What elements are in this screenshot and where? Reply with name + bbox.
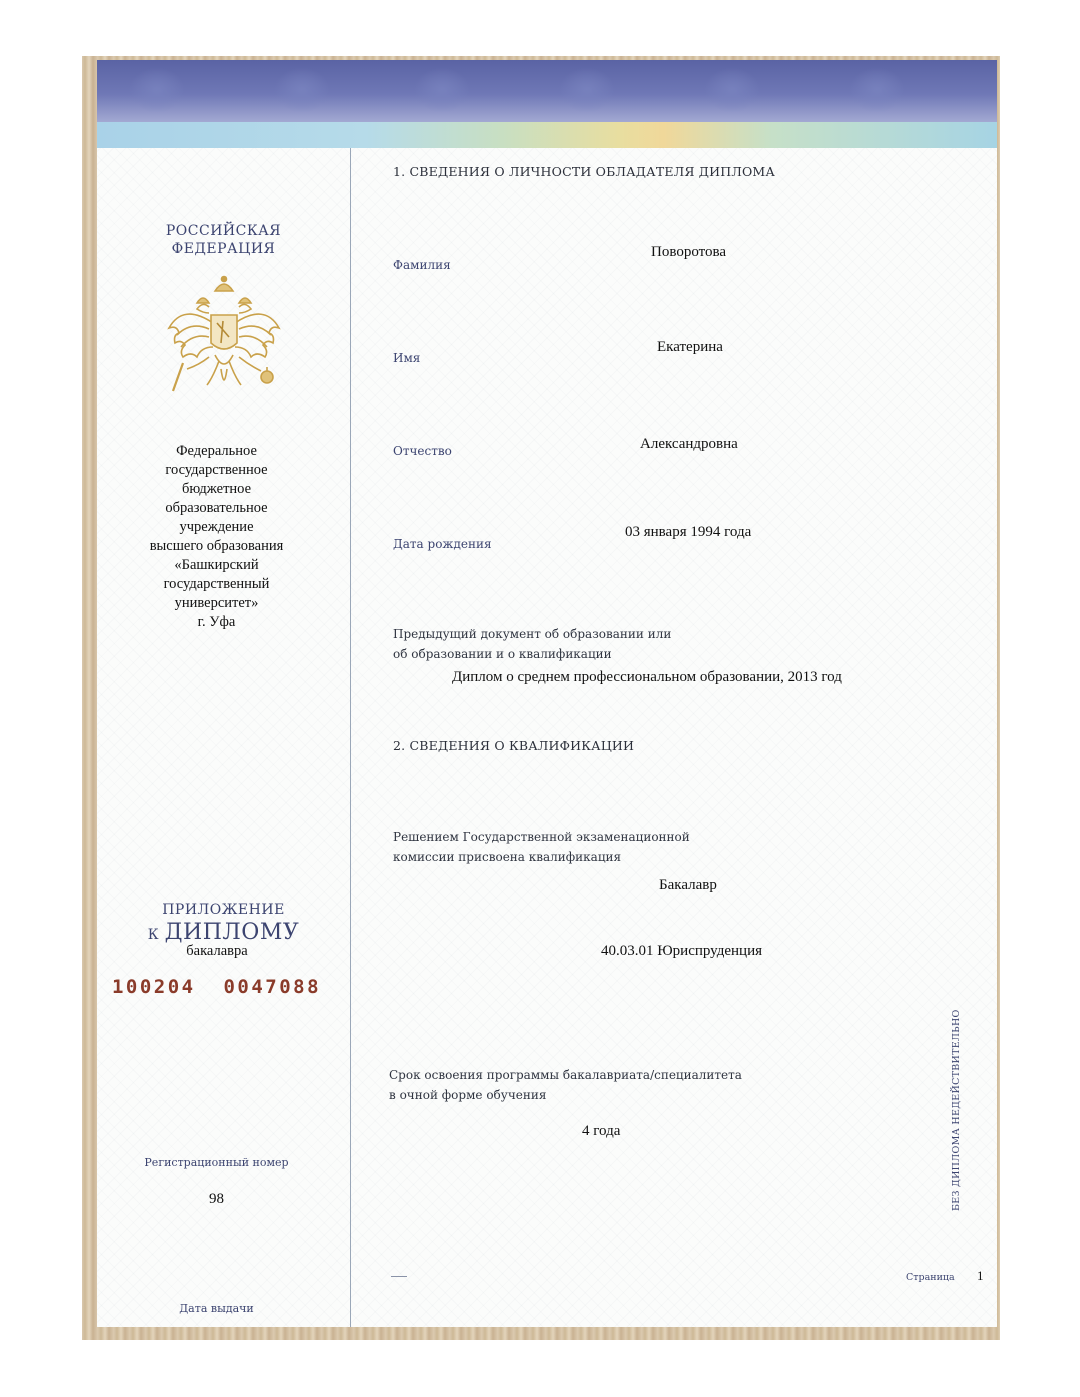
patronymic-value: Александровна xyxy=(640,436,738,453)
surname-label: Фамилия xyxy=(393,258,451,272)
previous-document-value: Диплом о среднем профессиональном образо… xyxy=(452,669,842,686)
page-number: 1 xyxy=(977,1268,984,1284)
validity-note: БЕЗ ДИПЛОМА НЕДЕЙСТВИТЕЛЬНО xyxy=(951,1009,962,1211)
org-line: государственный xyxy=(97,575,336,594)
birth-date-value: 03 января 1994 года xyxy=(625,524,751,541)
left-panel: РОССИЙСКАЯ ФЕДЕРАЦИЯ xyxy=(97,148,350,1327)
section-1-title: 1. СВЕДЕНИЯ О ЛИЧНОСТИ ОБЛАДАТЕЛЯ ДИПЛОМ… xyxy=(393,164,775,179)
organization-name: Федеральное государственное бюджетное об… xyxy=(97,442,336,632)
org-line: образовательное xyxy=(97,499,336,518)
duration-label-line-2: в очной форме обучения xyxy=(389,1088,546,1102)
country-title: РОССИЙСКАЯ ФЕДЕРАЦИЯ xyxy=(97,222,350,258)
surname-value: Поворотова xyxy=(651,244,726,261)
previous-document-label-line-2: об образовании и о квалификации xyxy=(393,647,612,661)
org-line: учреждение xyxy=(97,518,336,537)
qualification-label-line-2: комиссии присвоена квалификация xyxy=(393,850,621,864)
page-label: Страница xyxy=(906,1272,955,1283)
diploma-appendix-page: РОССИЙСКАЯ ФЕДЕРАЦИЯ xyxy=(97,60,997,1327)
qualification-value: Бакалавр xyxy=(659,877,717,894)
org-line: университет» xyxy=(97,594,336,613)
double-headed-eagle-emblem-icon xyxy=(163,273,285,413)
previous-document-label-line-1: Предыдущий документ об образовании или xyxy=(393,627,671,641)
patronymic-label: Отчество xyxy=(393,444,452,458)
footer-dash xyxy=(391,1276,407,1277)
issue-date-label: Дата выдачи xyxy=(97,1302,336,1315)
org-line: г. Уфа xyxy=(97,613,336,632)
appendix-diploma-heading: К ДИПЛОМУ xyxy=(97,920,350,945)
org-line: высшего образования xyxy=(97,537,336,556)
registration-number-value: 98 xyxy=(97,1191,336,1208)
registration-number-label: Регистрационный номер xyxy=(97,1156,336,1169)
guilloche-header-band xyxy=(97,60,997,122)
org-line: «Башкирский xyxy=(97,556,336,575)
appendix-diploma: ДИПЛОМУ xyxy=(165,920,300,945)
appendix-title: ПРИЛОЖЕНИЕ xyxy=(97,902,350,918)
org-line: бюджетное xyxy=(97,480,336,499)
birth-date-label: Дата рождения xyxy=(393,537,492,551)
right-panel: 1. СВЕДЕНИЯ О ЛИЧНОСТИ ОБЛАДАТЕЛЯ ДИПЛОМ… xyxy=(351,148,997,1327)
serial-number: 100204 0047088 xyxy=(97,976,336,998)
duration-value: 4 года xyxy=(582,1123,620,1140)
country-line-1: РОССИЙСКАЯ xyxy=(97,222,350,240)
country-line-2: ФЕДЕРАЦИЯ xyxy=(97,240,350,258)
appendix-degree: бакалавра xyxy=(97,943,337,960)
section-2-title: 2. СВЕДЕНИЯ О КВАЛИФИКАЦИИ xyxy=(393,738,634,753)
specialty-value: 40.03.01 Юриспруденция xyxy=(601,943,762,960)
org-line: государственное xyxy=(97,461,336,480)
org-line: Федеральное xyxy=(97,442,336,461)
appendix-k: К xyxy=(148,927,159,943)
duration-label-line-1: Срок освоения программы бакалавриата/спе… xyxy=(389,1068,742,1082)
iridescent-header-stripe xyxy=(97,122,997,148)
first-name-label: Имя xyxy=(393,351,420,365)
first-name-value: Екатерина xyxy=(657,339,723,356)
qualification-label-line-1: Решением Государственной экзаменационной xyxy=(393,830,690,844)
